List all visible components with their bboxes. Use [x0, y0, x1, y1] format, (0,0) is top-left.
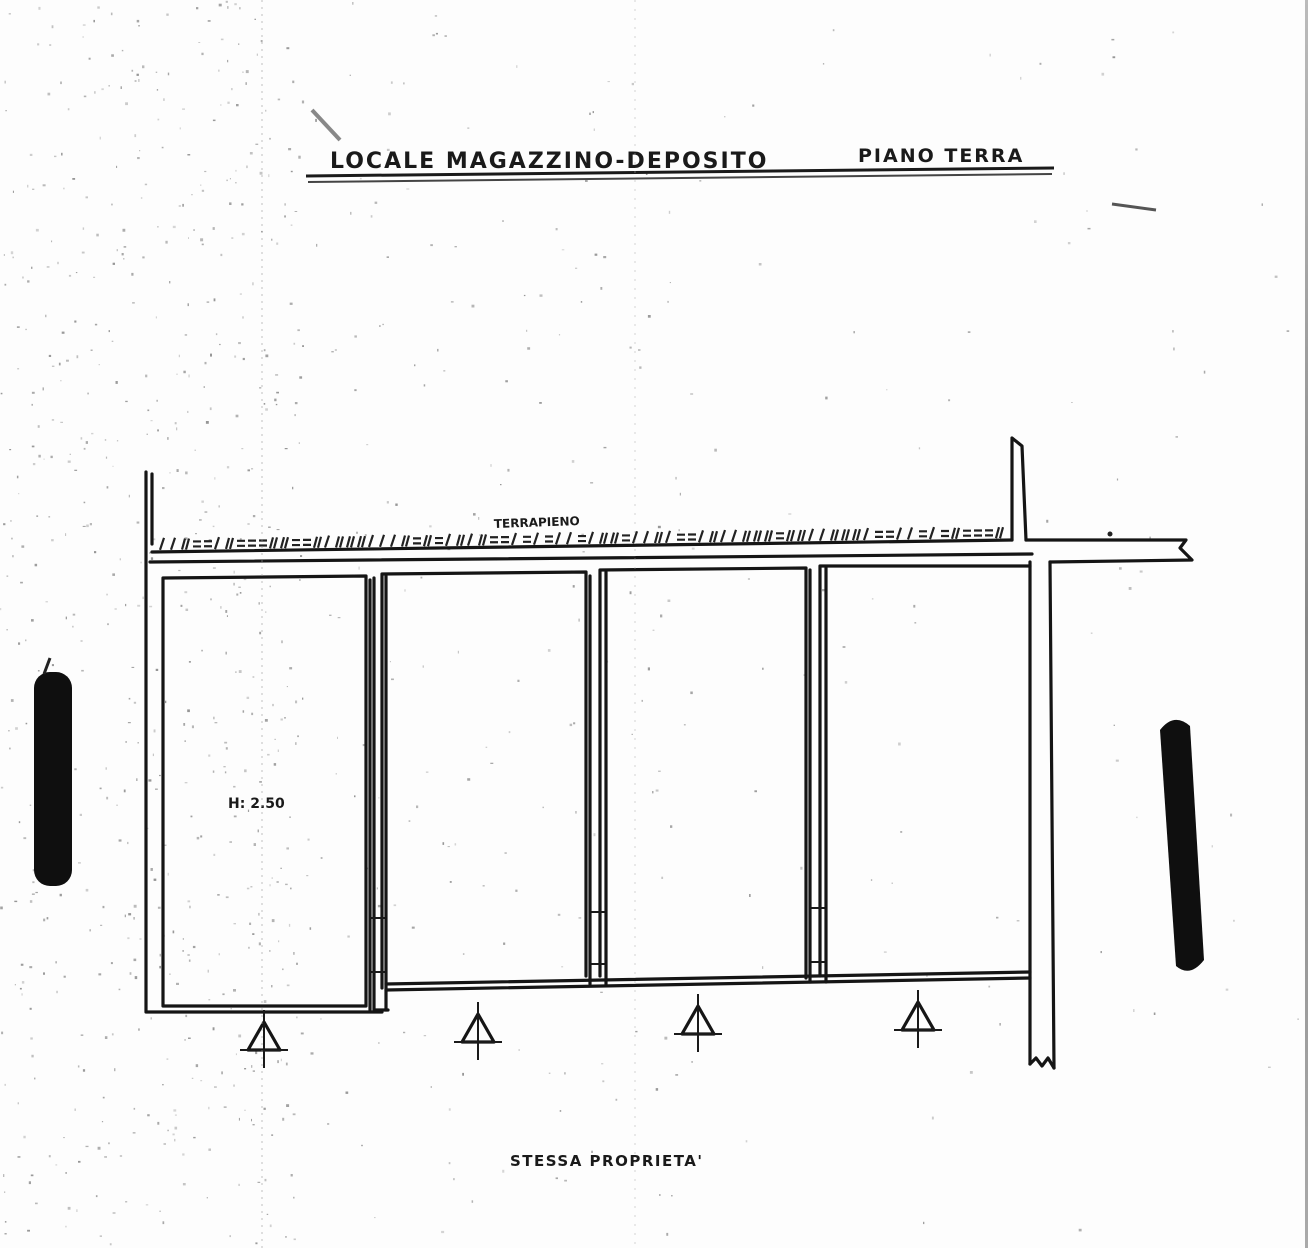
pier-3-detail	[810, 908, 826, 962]
hatch-mark	[468, 534, 472, 546]
hatch-mark	[941, 531, 949, 536]
hatch-mark	[523, 537, 531, 542]
ink-dot	[1108, 532, 1113, 537]
hatch-mark	[864, 528, 868, 540]
hatch-mark	[413, 538, 421, 543]
entrance-markers	[240, 990, 942, 1068]
hatch-mark	[567, 532, 571, 544]
hatch-mark	[897, 528, 901, 540]
hatch-mark	[248, 541, 256, 546]
hatch-mark	[435, 538, 443, 543]
right-wall-outer	[1050, 562, 1054, 1068]
left-margin-mark-tail	[44, 658, 50, 674]
hatch-mark	[204, 541, 212, 546]
hatch-mark	[930, 527, 934, 539]
hatch-mark	[556, 532, 560, 544]
hatch-mark	[622, 535, 630, 540]
hatch-mark	[853, 529, 860, 540]
hatch-mark	[512, 533, 516, 545]
front-line-top	[386, 972, 1030, 984]
right-margin-mark	[1160, 720, 1204, 971]
left-margin-mark	[34, 672, 72, 886]
hatch-mark	[303, 540, 311, 545]
hatch-mark	[292, 540, 300, 545]
hatch-mark	[644, 531, 648, 543]
partition-3	[810, 568, 826, 982]
hatch-mark	[380, 535, 384, 547]
hatch-mark	[985, 530, 993, 535]
hatch-mark	[193, 541, 201, 546]
scan-smudge	[312, 110, 340, 140]
hatch-mark	[611, 533, 618, 544]
hatch-mark	[699, 530, 703, 542]
hatch-mark	[490, 537, 498, 542]
scanned-plan-sheet: LOCALE MAGAZZINO-DEPOSITO PIANO TERRA	[0, 0, 1308, 1248]
hatch-mark	[391, 535, 395, 547]
hatch-mark	[182, 539, 189, 550]
hatch-mark	[798, 530, 805, 541]
entrance-axis-line	[674, 994, 722, 1052]
entrance-3-marker	[674, 994, 722, 1052]
hatch-mark	[171, 538, 175, 550]
backfill-label: TERRAPIENO	[494, 514, 580, 531]
entrance-axis-line	[454, 1002, 502, 1060]
room-2-outline	[382, 572, 586, 988]
room-1-outline	[163, 576, 366, 1006]
right-extension-wall	[1026, 540, 1192, 562]
hatch-mark	[347, 536, 354, 547]
right-top-pier	[1012, 438, 1026, 540]
hatch-mark	[534, 533, 538, 545]
hatch-mark	[259, 541, 267, 546]
hatch-mark	[424, 535, 431, 546]
floor-plan-drawing: LOCALE MAGAZZINO-DEPOSITO PIANO TERRA	[0, 0, 1308, 1248]
hatch-mark	[919, 531, 927, 536]
room-3-outline	[600, 568, 806, 978]
title-floor: PIANO TERRA	[858, 145, 1024, 167]
hatch-mark	[457, 535, 464, 546]
hatch-mark	[325, 536, 329, 548]
hatch-mark	[831, 530, 838, 541]
rooms	[163, 566, 1030, 1010]
entrance-axis-line	[240, 1010, 288, 1068]
adjacent-property-label: STESSA PROPRIETA'	[510, 1152, 703, 1170]
entrance-1-marker	[240, 1010, 288, 1068]
hatch-mark	[215, 537, 219, 549]
hatch-mark	[314, 537, 321, 548]
hatch-mark	[963, 531, 971, 536]
right-wall-break	[1030, 1058, 1054, 1068]
entrance-2-marker	[454, 1002, 502, 1060]
plan-title: LOCALE MAGAZZINO-DEPOSITO PIANO TERRA	[306, 145, 1054, 182]
room-4-outline	[820, 566, 1030, 976]
hatch-mark	[842, 529, 849, 540]
pier-2-detail	[590, 912, 606, 964]
hatch-mark	[765, 530, 772, 541]
hatch-mark	[886, 532, 894, 537]
title-locale: LOCALE MAGAZZINO-DEPOSITO	[330, 149, 768, 174]
hatch-mark	[721, 530, 725, 542]
hatch-mark	[677, 535, 685, 540]
room-1-height-annotation: H: 2.50	[228, 796, 285, 812]
hatch-mark	[732, 530, 736, 542]
scan-smudge	[1112, 204, 1156, 210]
hatch-mark	[710, 531, 717, 542]
hatch-mark	[666, 531, 670, 543]
corridor-top-line	[150, 554, 1032, 562]
hatch-mark	[281, 537, 288, 548]
hatch-mark	[578, 536, 586, 541]
hatch-mark	[754, 531, 761, 542]
hatch-mark	[996, 527, 1003, 538]
front-line-bottom	[386, 978, 1030, 990]
partition-2	[590, 572, 606, 984]
hatch-mark	[600, 533, 607, 544]
hatch-mark	[545, 537, 553, 542]
hatch-mark	[688, 535, 696, 540]
entrance-axis-line	[894, 990, 942, 1048]
hatch-mark	[952, 528, 959, 539]
hatch-mark	[908, 527, 912, 539]
hatch-mark	[358, 536, 365, 547]
hatch-mark	[226, 538, 233, 549]
hatch-mark	[479, 534, 486, 545]
hatch-mark	[589, 532, 593, 544]
hatch-mark	[875, 532, 883, 537]
hatch-mark	[160, 538, 164, 550]
hatch-mark	[820, 529, 824, 541]
hatch-mark	[369, 535, 373, 547]
hatch-mark	[974, 531, 982, 536]
hatch-mark	[402, 536, 409, 547]
hatch-mark	[787, 530, 794, 541]
hatch-mark	[270, 537, 277, 548]
hatch-mark	[501, 537, 509, 542]
hatch-mark	[336, 536, 343, 547]
hatch-mark	[655, 532, 662, 543]
entrance-4-marker	[894, 990, 942, 1048]
hatch-mark	[446, 534, 450, 546]
hatch-mark	[743, 531, 750, 542]
hatch-mark	[237, 541, 245, 546]
hatch-mark	[809, 529, 813, 541]
hatch-mark	[776, 533, 784, 538]
